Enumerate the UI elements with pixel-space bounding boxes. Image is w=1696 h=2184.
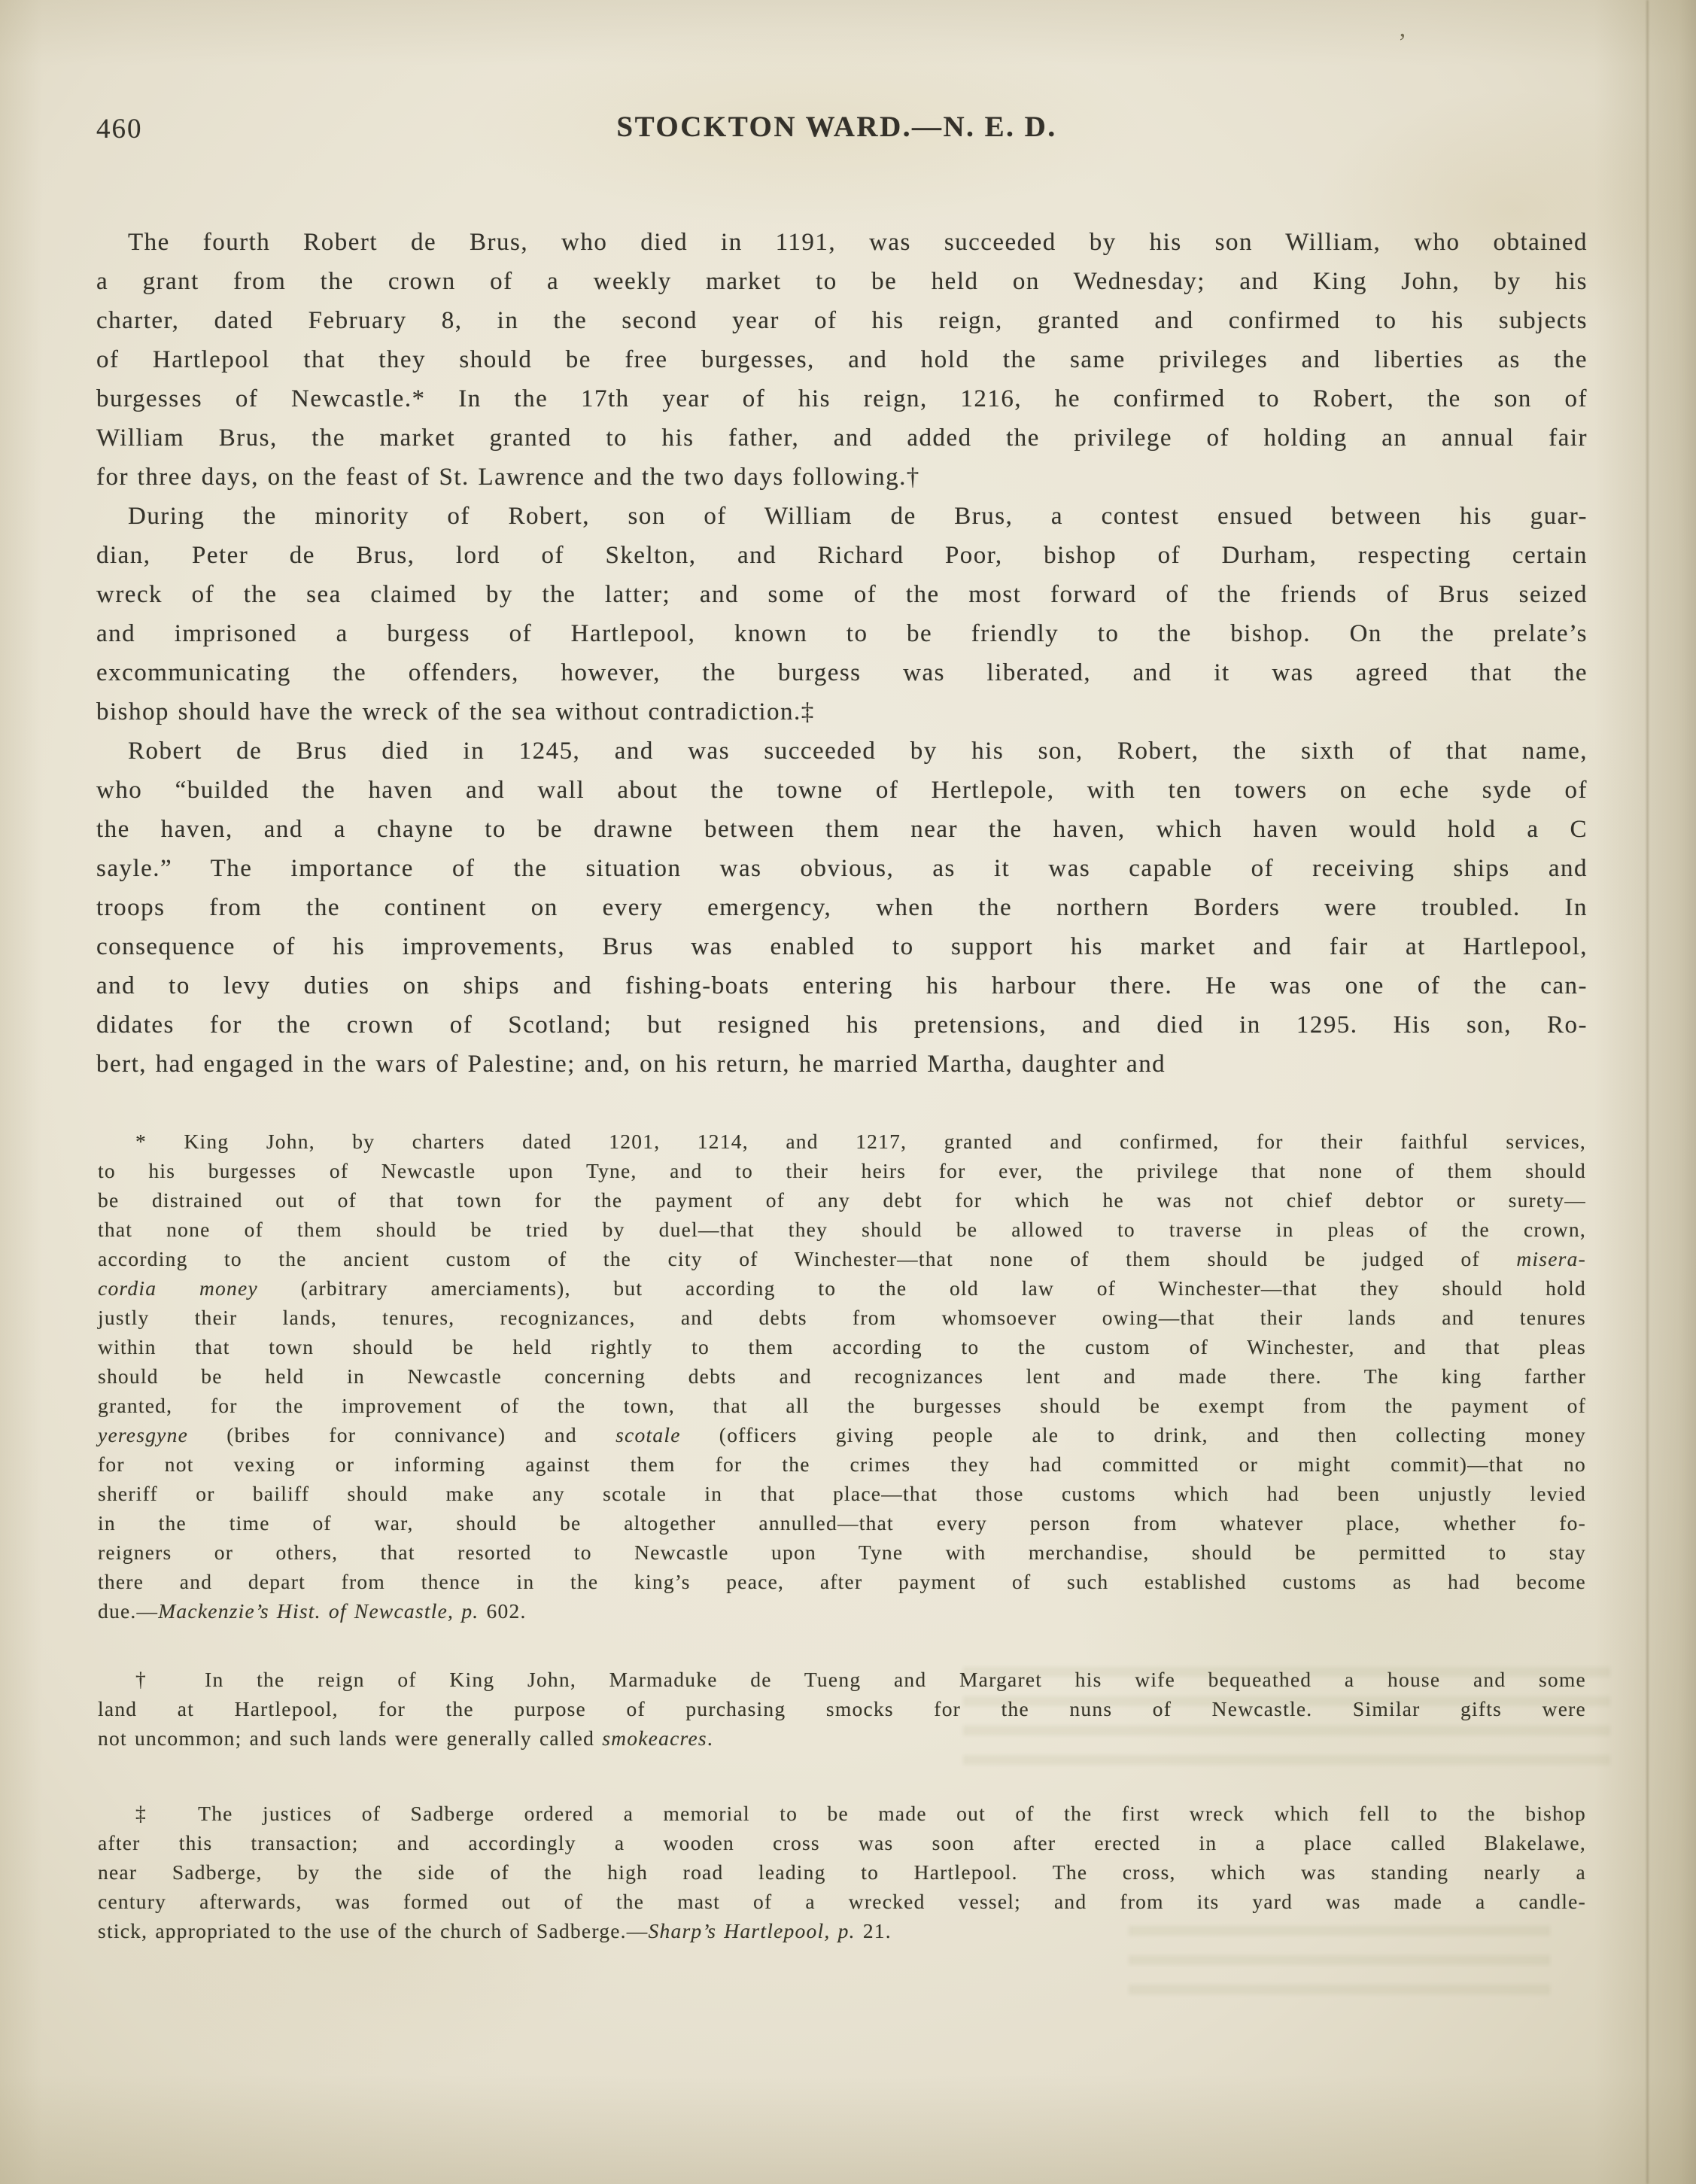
text-line: stick, appropriated to the use of the ch… — [98, 1916, 1586, 1945]
italic-text-run: scotale — [615, 1423, 681, 1446]
text-run: according to the ancient custom of the c… — [98, 1247, 1516, 1270]
text-line: near Sadberge, by the side of the high r… — [98, 1857, 1586, 1887]
text-run: sayle.” The importance of the situation … — [96, 855, 1588, 882]
text-line: yeresgyne (bribes for connivance) and sc… — [98, 1420, 1586, 1449]
text-run: after this transaction; and accordingly … — [98, 1831, 1586, 1854]
text-line: justly their lands, tenures, recognizanc… — [98, 1303, 1586, 1332]
text-line: burgesses of Newcastle.* In the 17th yea… — [96, 379, 1588, 418]
text-line: William Brus, the market granted to his … — [96, 418, 1588, 458]
text-run: there and depart from thence in the king… — [98, 1570, 1586, 1593]
text-run — [830, 1919, 837, 1942]
text-run: sheriff or bailiff should make any scota… — [98, 1482, 1586, 1505]
text-run: (officers giving people ale to drink, an… — [681, 1423, 1586, 1446]
text-line: troops from the continent on every emerg… — [96, 888, 1588, 927]
text-run: excommunicating the offenders, however, … — [96, 659, 1588, 686]
text-run: a grant from the crown of a weekly marke… — [96, 268, 1588, 295]
text-line: due.—Mackenzie’s Hist. of Newcastle, p. … — [98, 1596, 1586, 1626]
text-line: who “builded the haven and wall about th… — [96, 771, 1588, 810]
text-run: to his burgesses of Newcastle upon Tyne,… — [98, 1159, 1586, 1182]
text-run: and imprisoned a burgess of Hartlepool, … — [96, 620, 1588, 647]
text-line: The fourth Robert de Brus, who died in 1… — [96, 223, 1588, 262]
text-run: the haven, and a chayne to be drawne bet… — [96, 816, 1588, 843]
text-run: for three days, on the feast of St. Lawr… — [96, 464, 920, 491]
italic-text-run: yeresgyne — [98, 1423, 188, 1446]
text-run: † In the reign of King John, Marmaduke d… — [135, 1668, 1586, 1691]
text-line: dian, Peter de Brus, lord of Skelton, an… — [96, 536, 1588, 575]
text-run: who “builded the haven and wall about th… — [96, 777, 1588, 804]
paragraph-1: The fourth Robert de Brus, who died in 1… — [96, 223, 1588, 497]
text-line: didates for the crown of Scotland; but r… — [96, 1005, 1588, 1045]
footnote-dagger: † In the reign of King John, Marmaduke d… — [98, 1665, 1586, 1753]
text-run: in the time of war, should be altogether… — [98, 1511, 1586, 1535]
text-run: burgesses of Newcastle.* In the 17th yea… — [96, 385, 1588, 412]
text-run: (bribes for connivance) and — [188, 1423, 615, 1446]
main-text: The fourth Robert de Brus, who died in 1… — [96, 223, 1588, 1084]
text-line: after this transaction; and accordingly … — [98, 1828, 1586, 1857]
text-run: dian, Peter de Brus, lord of Skelton, an… — [96, 542, 1588, 569]
text-run: During the minority of Robert, son of Wi… — [128, 503, 1588, 530]
text-line: Robert de Brus died in 1245, and was suc… — [96, 732, 1588, 771]
text-run: wreck of the sea claimed by the latter; … — [96, 581, 1588, 608]
text-run: justly their lands, tenures, recognizanc… — [98, 1306, 1586, 1329]
page-header: 460 STOCKTON WARD.—N. E. D. — [96, 110, 1588, 148]
text-run: 21. — [856, 1919, 892, 1942]
text-run: William Brus, the market granted to his … — [96, 424, 1588, 452]
text-run: should be held in Newcastle concerning d… — [98, 1364, 1586, 1388]
text-line: in the time of war, should be altogether… — [98, 1508, 1586, 1538]
text-line: the haven, and a chayne to be drawne bet… — [96, 810, 1588, 849]
text-line: to his burgesses of Newcastle upon Tyne,… — [98, 1156, 1586, 1185]
text-line: for three days, on the feast of St. Lawr… — [96, 458, 1588, 497]
italic-text-run: misera- — [1516, 1247, 1586, 1270]
page-edge-line — [1646, 0, 1649, 2184]
text-line: a grant from the crown of a weekly marke… — [96, 262, 1588, 301]
text-line: that none of them should be tried by due… — [98, 1215, 1586, 1244]
italic-text-run: Sharp’s Hartlepool, — [649, 1919, 831, 1942]
text-run: and to levy duties on ships and fishing-… — [96, 972, 1588, 999]
italic-text-run: p. — [461, 1599, 479, 1623]
text-run: troops from the continent on every emerg… — [96, 894, 1588, 921]
text-line: not uncommon; and such lands were genera… — [98, 1723, 1586, 1753]
text-line: During the minority of Robert, son of Wi… — [96, 497, 1588, 536]
text-line: and to levy duties on ships and fishing-… — [96, 966, 1588, 1005]
footnote-double-dagger: ‡ The justices of Sadberge ordered a mem… — [98, 1799, 1586, 1945]
paragraph-3: Robert de Brus died in 1245, and was suc… — [96, 732, 1588, 1084]
text-run: * King John, by charters dated 1201, 121… — [135, 1130, 1586, 1153]
text-line: should be held in Newcastle concerning d… — [98, 1361, 1586, 1391]
text-run: stick, appropriated to the use of the ch… — [98, 1919, 649, 1942]
text-run: Robert de Brus died in 1245, and was suc… — [128, 738, 1588, 765]
text-line: bert, had engaged in the wars of Palesti… — [96, 1045, 1588, 1084]
text-line: within that town should be held rightly … — [98, 1332, 1586, 1361]
text-line: granted, for the improvement of the town… — [98, 1391, 1586, 1420]
italic-text-run: Mackenzie’s Hist. of Newcastle, — [158, 1599, 454, 1623]
text-run: charter, dated February 8, in the second… — [96, 307, 1588, 334]
text-line: wreck of the sea claimed by the latter; … — [96, 575, 1588, 614]
text-line: sheriff or bailiff should make any scota… — [98, 1479, 1586, 1508]
italic-text-run: cordia money — [98, 1276, 258, 1300]
text-line: according to the ancient custom of the c… — [98, 1244, 1586, 1273]
italic-text-run: p. — [838, 1919, 856, 1942]
footnote-asterisk: * King John, by charters dated 1201, 121… — [98, 1127, 1586, 1626]
text-run: ‡ The justices of Sadberge ordered a mem… — [135, 1802, 1586, 1825]
ink-speck: ’ — [1398, 29, 1406, 57]
text-run: bishop should have the wreck of the sea … — [96, 698, 815, 725]
text-run: 602. — [479, 1599, 526, 1623]
text-run: bert, had engaged in the wars of Palesti… — [96, 1051, 1166, 1078]
text-run: land at Hartlepool, for the purpose of p… — [98, 1697, 1586, 1720]
text-run: near Sadberge, by the side of the high r… — [98, 1860, 1586, 1884]
page-title: STOCKTON WARD.—N. E. D. — [96, 110, 1577, 144]
text-run: for not vexing or informing against them… — [98, 1452, 1586, 1476]
text-run: due.— — [98, 1599, 158, 1623]
text-run: not uncommon; and such lands were genera… — [98, 1726, 602, 1750]
paragraph-2: During the minority of Robert, son of Wi… — [96, 497, 1588, 732]
text-line: there and depart from thence in the king… — [98, 1567, 1586, 1596]
text-run: The fourth Robert de Brus, who died in 1… — [128, 229, 1588, 256]
text-line: for not vexing or informing against them… — [98, 1449, 1586, 1479]
text-run: granted, for the improvement of the town… — [98, 1394, 1586, 1417]
text-run: didates for the crown of Scotland; but r… — [96, 1011, 1588, 1039]
text-line: excommunicating the offenders, however, … — [96, 653, 1588, 692]
text-run: be distrained out of that town for the p… — [98, 1188, 1586, 1212]
text-run: reigners or others, that resorted to New… — [98, 1541, 1586, 1564]
book-page: ’ 460 STOCKTON WARD.—N. E. D. The fourth… — [0, 0, 1696, 2184]
text-line: be distrained out of that town for the p… — [98, 1185, 1586, 1215]
text-run: of Hartlepool that they should be free b… — [96, 346, 1588, 373]
text-line: century afterwards, was formed out of th… — [98, 1887, 1586, 1916]
text-line: cordia money (arbitrary amerciaments), b… — [98, 1273, 1586, 1303]
text-run: (arbitrary amerciaments), but according … — [258, 1276, 1586, 1300]
text-line: † In the reign of King John, Marmaduke d… — [98, 1665, 1586, 1694]
italic-text-run: smokeacres — [602, 1726, 707, 1750]
text-line: consequence of his improvements, Brus wa… — [96, 927, 1588, 966]
text-run: century afterwards, was formed out of th… — [98, 1890, 1586, 1913]
text-line: ‡ The justices of Sadberge ordered a mem… — [98, 1799, 1586, 1828]
text-run — [454, 1599, 461, 1623]
text-line: charter, dated February 8, in the second… — [96, 301, 1588, 340]
text-line: sayle.” The importance of the situation … — [96, 849, 1588, 888]
text-run: that none of them should be tried by due… — [98, 1218, 1586, 1241]
text-line: reigners or others, that resorted to New… — [98, 1538, 1586, 1567]
text-line: bishop should have the wreck of the sea … — [96, 692, 1588, 732]
text-line: land at Hartlepool, for the purpose of p… — [98, 1694, 1586, 1723]
text-run: within that town should be held rightly … — [98, 1335, 1586, 1358]
text-line: of Hartlepool that they should be free b… — [96, 340, 1588, 379]
text-run: . — [707, 1726, 713, 1750]
text-line: and imprisoned a burgess of Hartlepool, … — [96, 614, 1588, 653]
text-run: consequence of his improvements, Brus wa… — [96, 933, 1588, 960]
text-line: * King John, by charters dated 1201, 121… — [98, 1127, 1586, 1156]
